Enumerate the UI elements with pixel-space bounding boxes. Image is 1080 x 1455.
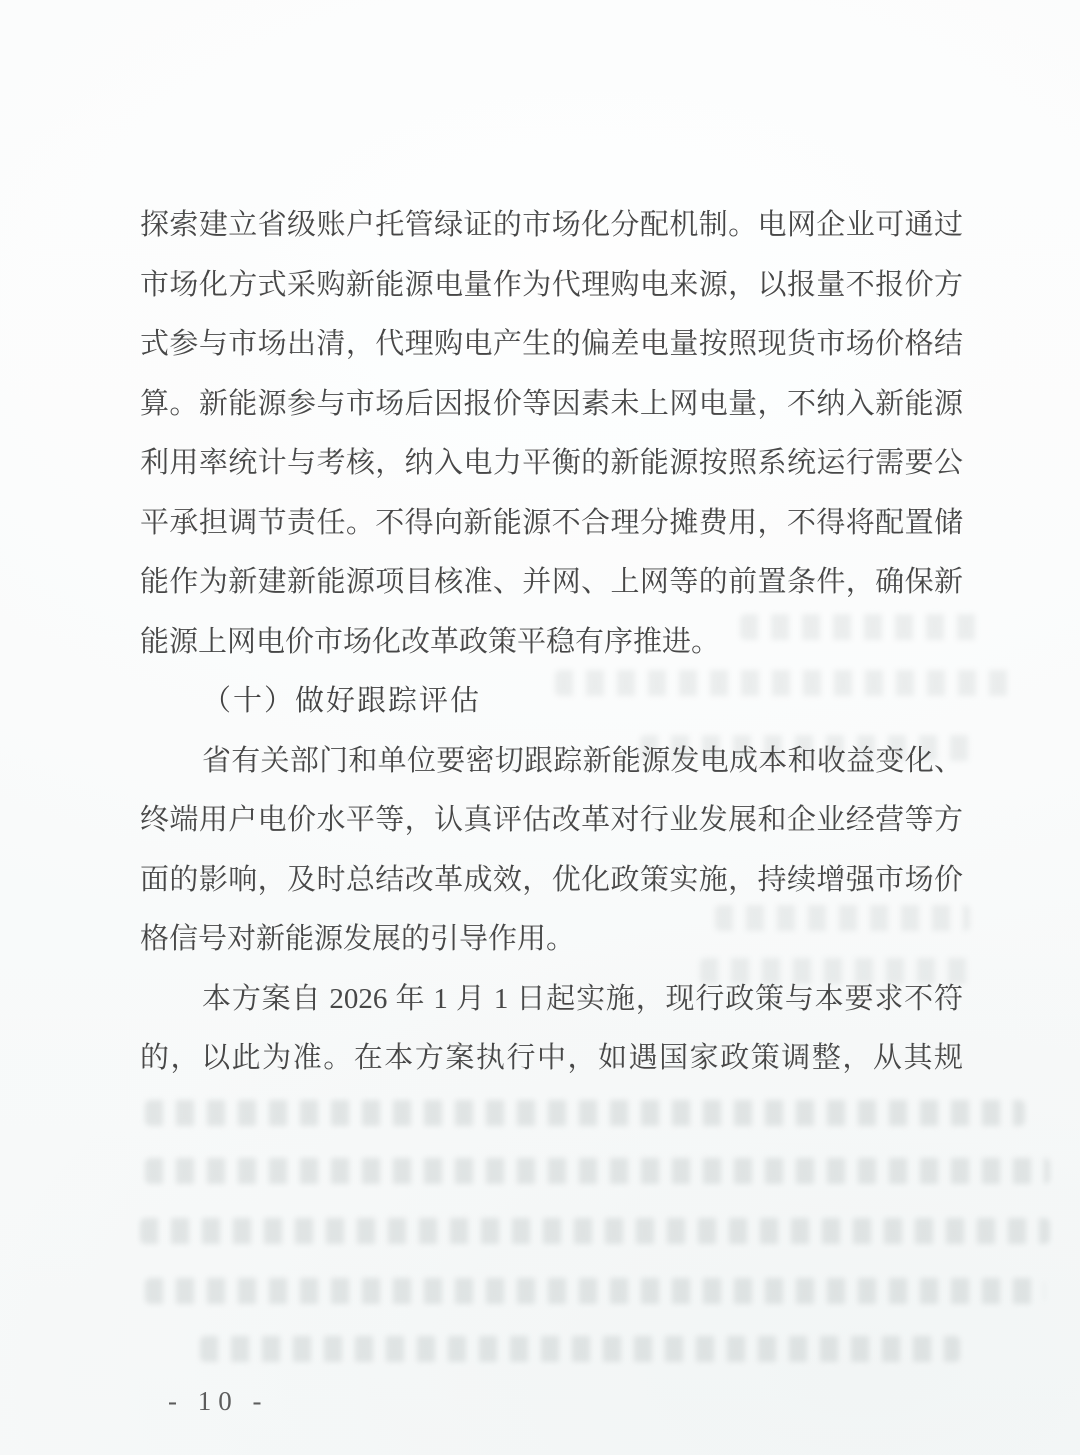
text-line: 终端用户电价水平等，认真评估改革对行业发展和企业经营等方 [140, 791, 963, 851]
document-body-text: 探索建立省级账户托管绿证的市场化分配机制。电网企业可通过市场化方式采购新能源电量… [140, 196, 963, 1089]
text-line: 的，以此为准。在本方案执行中，如遇国家政策调整，从其规定。 [140, 1029, 963, 1089]
text-line: 探索建立省级账户托管绿证的市场化分配机制。电网企业可通过 [140, 196, 963, 256]
bleed-through-text-row [140, 1218, 1050, 1244]
text-line: 市场化方式采购新能源电量作为代理购电来源，以报量不报价方 [140, 256, 963, 316]
section-heading: （十）做好跟踪评估 [140, 672, 963, 732]
bleed-through-text-row [145, 1158, 1050, 1184]
page-number: - 10 - [168, 1386, 268, 1417]
bleed-through-text-row [200, 1336, 960, 1362]
text-line: 格信号对新能源发展的引导作用。 [140, 910, 963, 970]
text-line: 利用率统计与考核，纳入电力平衡的新能源按照系统运行需要公 [140, 434, 963, 494]
text-line: 能源上网电价市场化改革政策平稳有序推进。 [140, 613, 963, 673]
text-line: 平承担调节责任。不得向新能源不合理分摊费用，不得将配置储 [140, 494, 963, 554]
text-line: 面的影响，及时总结改革成效，优化政策实施，持续增强市场价 [140, 851, 963, 911]
bleed-through-text-row [145, 1100, 1025, 1126]
text-line: 能作为新建新能源项目核准、并网、上网等的前置条件，确保新 [140, 553, 963, 613]
text-line: 本方案自 2026 年 1 月 1 日起实施，现行政策与本要求不符 [140, 970, 963, 1030]
document-page: 探索建立省级账户托管绿证的市场化分配机制。电网企业可通过市场化方式采购新能源电量… [0, 0, 1080, 1455]
text-line: 算。新能源参与市场后因报价等因素未上网电量，不纳入新能源 [140, 375, 963, 435]
text-line: 式参与市场出清，代理购电产生的偏差电量按照现货市场价格结 [140, 315, 963, 375]
text-line: 省有关部门和单位要密切跟踪新能源发电成本和收益变化、 [140, 732, 963, 792]
bleed-through-text-row [145, 1278, 1045, 1304]
